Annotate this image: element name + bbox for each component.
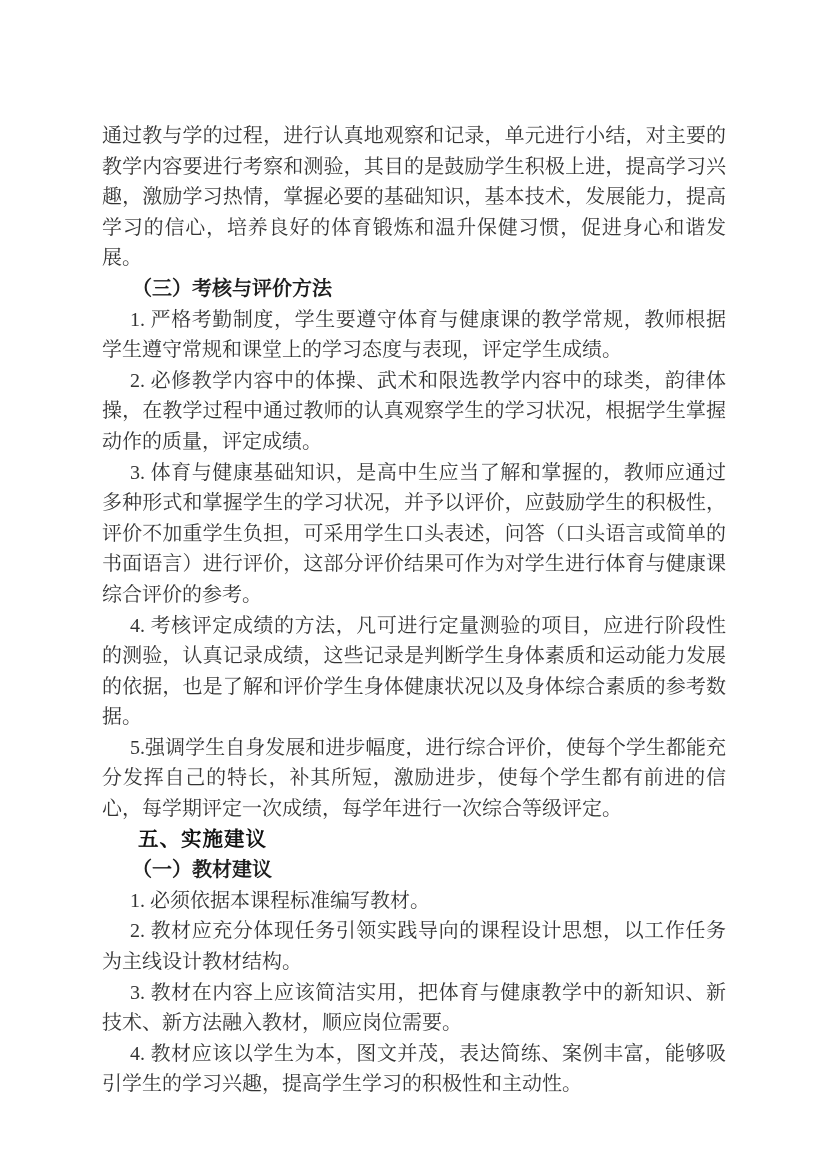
body-paragraph-continuation: 通过教与学的过程，进行认真地观察和记录，单元进行小结，对主要的教学内容要进行考察… (102, 121, 726, 274)
list-item-student-centered-design: 4. 教材应该以学生为本，图文并茂，表达简练、案例丰富，能够吸引学生的学习兴趣，… (102, 1039, 726, 1100)
chapter-heading-implementation-suggestions: 五、实施建议 (102, 825, 726, 856)
list-item-required-content-grading: 2. 必修教学内容中的体操、武术和限选教学内容中的球类，韵律体操，在教学过程中通… (102, 366, 726, 458)
document-page: 通过教与学的过程，进行认真地观察和记录，单元进行小结，对主要的教学内容要进行考察… (0, 0, 827, 1170)
list-item-attendance-rules: 1. 严格考勤制度，学生要遵守体育与健康课的教学常规，教师根据学生遵守常规和课堂… (102, 305, 726, 366)
section-heading-textbook-suggestions: （一）教材建议 (102, 855, 726, 886)
list-item-follow-curriculum-standard: 1. 必须依据本课程标准编写教材。 (102, 886, 726, 917)
list-item-concise-practical-content: 3. 教材在内容上应该简洁实用，把体育与健康教学中的新知识、新技术、新方法融入教… (102, 978, 726, 1039)
document-text-block: 通过教与学的过程，进行认真地观察和记录，单元进行小结，对主要的教学内容要进行考察… (102, 121, 726, 1100)
list-item-quantitative-testing: 4. 考核评定成绩的方法，凡可进行定量测验的项目，应进行阶段性的测验，认真记录成… (102, 611, 726, 733)
section-heading-assessment-evaluation-methods: （三）考核与评价方法 (102, 274, 726, 305)
list-item-task-led-design: 2. 教材应充分体现任务引领实践导向的课程设计思想，以工作任务为主线设计教材结构… (102, 916, 726, 977)
list-item-basic-knowledge-evaluation: 3. 体育与健康基础知识，是高中生应当了解和掌握的，教师应通过多种形式和掌握学生… (102, 458, 726, 611)
list-item-self-development-evaluation: 5.强调学生自身发展和进步幅度，进行综合评价，使每个学生都能充分发挥自己的特长，… (102, 733, 726, 825)
